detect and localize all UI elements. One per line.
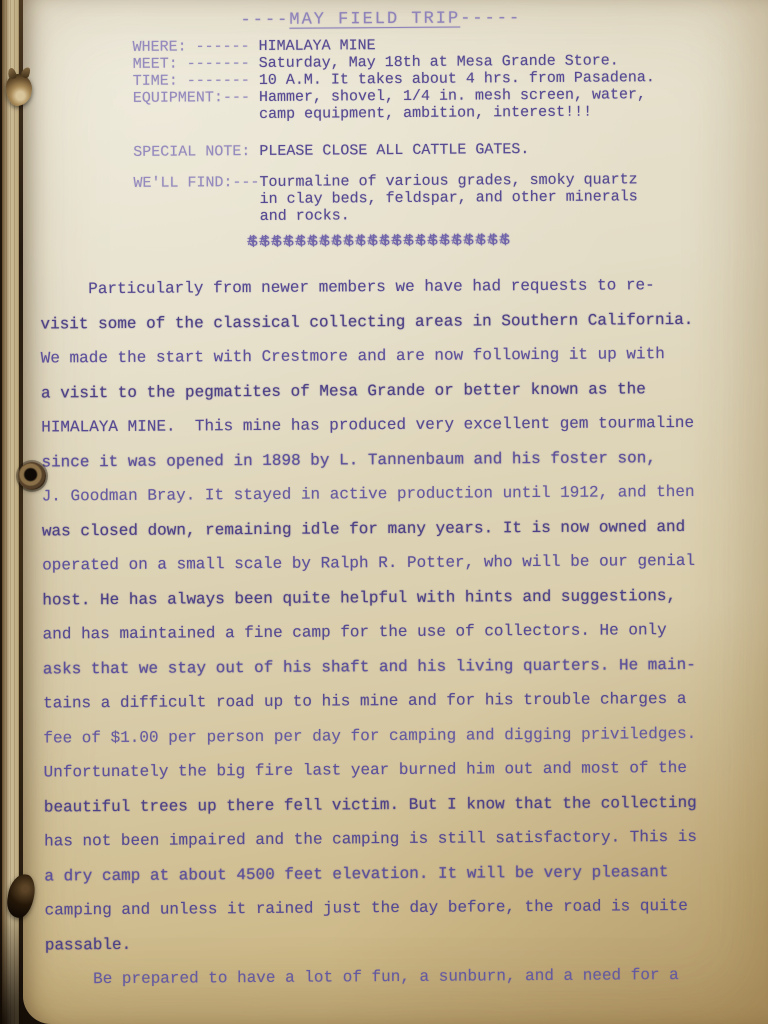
well-find-label xyxy=(134,191,260,209)
scanned-document-photo: ----MAY FIELD TRIP----- WHERE: ------ HI… xyxy=(0,0,768,1024)
body-line: passable. xyxy=(45,923,742,962)
body-line: visit some of the classical collecting a… xyxy=(40,302,737,341)
detail-value: camp equipment, ambition, interest!!! xyxy=(259,104,592,123)
well-find-block: WE'LL FIND:---Tourmaline of various grad… xyxy=(133,170,766,225)
body-line: a visit to the pegmatites of Mesa Grande… xyxy=(41,371,738,410)
detail-label: TIME: ------- xyxy=(133,72,259,90)
body-line: camping and unless it rained just the da… xyxy=(44,889,741,928)
body-text-block: Particularly from newer members we have … xyxy=(40,268,742,997)
body-line: HIMALAYA MINE. This mine has produced ve… xyxy=(41,406,738,445)
well-find-row: and rocks. xyxy=(134,204,767,225)
document-title: ----MAY FIELD TRIP----- xyxy=(20,7,765,31)
well-find-text: and rocks. xyxy=(260,207,350,225)
body-line: J. Goodman Bray. It stayed in active pro… xyxy=(42,475,739,514)
divider-layer-dollar: $$$$$$$$$$$$$$$$$$$$$$ xyxy=(249,232,513,251)
detail-row-equipment-cont: camp equipment, ambition, interest!!! xyxy=(133,102,766,123)
title-suffix-dashes: ----- xyxy=(460,9,521,28)
body-line: fee of $1.00 per person per day for camp… xyxy=(43,716,740,755)
body-line: a dry camp at about 4500 feet elevation.… xyxy=(44,854,741,893)
body-line: beautiful trees up there fell victim. Bu… xyxy=(44,785,741,824)
body-line: tains a difficult road up to his mine an… xyxy=(43,682,740,721)
detail-label xyxy=(133,106,259,124)
detail-value: HIMALAYA MINE xyxy=(259,37,376,55)
title-prefix-dashes: ---- xyxy=(240,11,289,30)
detail-label: EQUIPMENT:--- xyxy=(133,89,259,107)
title-text: MAY FIELD TRIP xyxy=(289,10,460,30)
binder-fastener-middle xyxy=(18,462,46,490)
well-find-label xyxy=(134,208,260,226)
special-note-text: PLEASE CLOSE ALL CATTLE GATES. xyxy=(259,141,529,160)
well-find-text: in clay beds, feldspar, and other minera… xyxy=(260,188,638,208)
well-find-label: WE'LL FIND:--- xyxy=(133,174,259,192)
body-line: was closed down, remaining idle for many… xyxy=(42,509,739,548)
body-line: asks that we stay out of his shaft and h… xyxy=(43,647,740,686)
body-line: has not been impaired and the camping is… xyxy=(44,820,741,859)
detail-label: WHERE: ------ xyxy=(132,38,258,56)
body-line: host. He has always been quite helpful w… xyxy=(42,578,739,617)
document-page: ----MAY FIELD TRIP----- WHERE: ------ HI… xyxy=(23,0,768,1024)
body-line: operated on a small scale by Ralph R. Po… xyxy=(42,544,739,583)
typed-content: ----MAY FIELD TRIP----- WHERE: ------ HI… xyxy=(20,0,768,997)
special-note-label: SPECIAL NOTE: xyxy=(133,143,259,161)
body-line: Unfortunately the big fire last year bur… xyxy=(43,751,740,790)
special-note-row: SPECIAL NOTE: PLEASE CLOSE ALL CATTLE GA… xyxy=(133,139,766,160)
detail-label: MEET: ------- xyxy=(133,55,259,73)
trip-details-block: WHERE: ------ HIMALAYA MINE MEET: ------… xyxy=(132,34,766,225)
page-stack-edge xyxy=(2,0,20,1024)
body-line: since it was opened in 1898 by L. Tannen… xyxy=(41,440,738,479)
body-line: and has maintained a fine camp for the u… xyxy=(43,613,740,652)
body-line: We made the start with Crestmore and are… xyxy=(41,337,738,376)
body-line: Particularly from newer members we have … xyxy=(40,268,737,307)
body-line: Be prepared to have a lot of fun, a sunb… xyxy=(45,958,742,997)
